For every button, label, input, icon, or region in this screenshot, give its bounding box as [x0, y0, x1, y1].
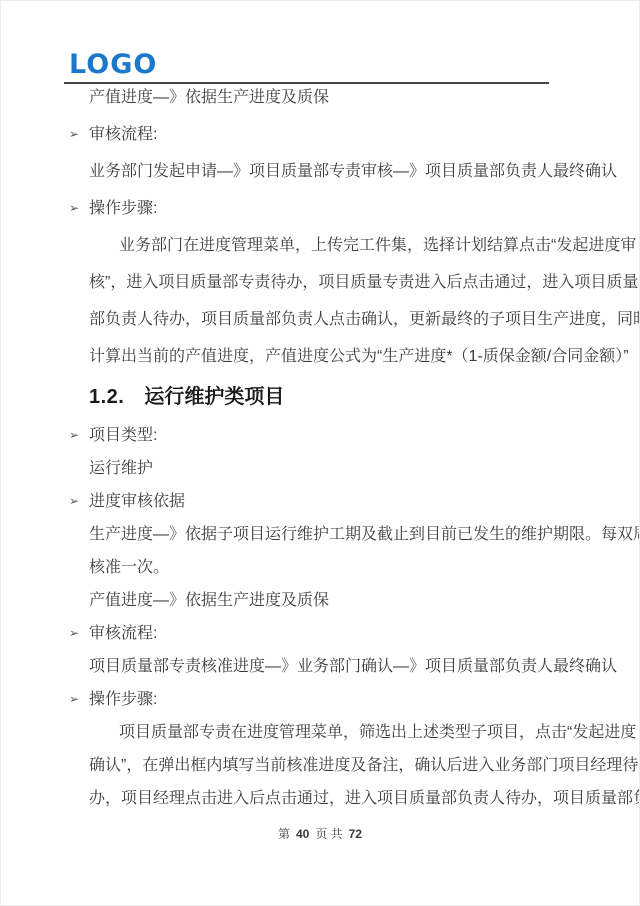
- text-line: 业务部门在进度管理菜单，上传完工件集，选择计划结算点击“发起进度审: [1, 227, 639, 264]
- bullet-label: 审核流程:: [89, 625, 157, 642]
- arrow-bullet-icon: ➢: [69, 485, 79, 518]
- footer-page-total: 72: [349, 827, 362, 841]
- text-line: 产值进度—》依据生产进度及质保: [1, 79, 639, 116]
- page-footer: 第40页 共72: [1, 825, 639, 842]
- text-line: 核”，进入项目质量部专责待办，项目质量专责进入后点击通过，进入项目质量: [1, 264, 639, 301]
- text-line: 生产进度—》依据子项目运行维护工期及截止到目前已发生的维护期限。每双周: [1, 518, 639, 551]
- footer-page-number: 40: [296, 827, 309, 841]
- text-line: 计算出当前的产值进度，产值进度公式为“生产进度*（1-质保金额/合同金额）”: [1, 338, 639, 375]
- text-line: 办，项目经理点击进入后点击通过，进入项目质量部负责人待办，项目质量部负: [1, 782, 639, 815]
- bullet-item: ➢审核流程:: [1, 617, 639, 650]
- bullet-label: 操作步骤:: [89, 200, 157, 217]
- text-line: 产值进度—》依据生产进度及质保: [1, 584, 639, 617]
- text-line: 项目质量部专责在进度管理菜单，筛选出上述类型子项目，点击“发起进度: [1, 716, 639, 749]
- bullet-item: ➢操作步骤:: [1, 190, 639, 227]
- bullet-item: ➢进度审核依据: [1, 485, 639, 518]
- bullet-label: 操作步骤:: [89, 691, 157, 708]
- heading-number: 1.2.: [89, 386, 124, 408]
- arrow-bullet-icon: ➢: [69, 116, 79, 153]
- text-line: 部负责人待办，项目质量部负责人点击确认，更新最终的子项目生产进度，同时: [1, 301, 639, 338]
- bullet-item: ➢操作步骤:: [1, 683, 639, 716]
- bullet-label: 审核流程:: [89, 126, 157, 143]
- document-body: 产值进度—》依据生产进度及质保➢审核流程:业务部门发起申请—》项目质量部专责审核…: [1, 79, 639, 815]
- section-heading: 1.2.运行维护类项目: [1, 375, 639, 419]
- arrow-bullet-icon: ➢: [69, 683, 79, 716]
- footer-page-prefix: 第: [278, 827, 290, 841]
- bullet-label: 项目类型:: [89, 427, 157, 444]
- text-line: 业务部门发起申请—》项目质量部专责审核—》项目质量部负责人最终确认: [1, 153, 639, 190]
- text-line: 核准一次。: [1, 551, 639, 584]
- text-line: 项目质量部专责核准进度—》业务部门确认—》项目质量部负责人最终确认: [1, 650, 639, 683]
- bullet-item: ➢项目类型:: [1, 419, 639, 452]
- bullet-label: 进度审核依据: [89, 493, 185, 510]
- footer-page-infix: 页 共: [315, 827, 342, 841]
- arrow-bullet-icon: ➢: [69, 419, 79, 452]
- text-line: 运行维护: [1, 452, 639, 485]
- heading-text: 运行维护类项目: [144, 386, 284, 408]
- document-page: LOGO 产值进度—》依据生产进度及质保➢审核流程:业务部门发起申请—》项目质量…: [0, 0, 640, 906]
- arrow-bullet-icon: ➢: [69, 190, 79, 227]
- logo: LOGO: [69, 49, 157, 80]
- arrow-bullet-icon: ➢: [69, 617, 79, 650]
- text-line: 确认”，在弹出框内填写当前核准进度及备注，确认后进入业务部门项目经理待: [1, 749, 639, 782]
- bullet-item: ➢审核流程:: [1, 116, 639, 153]
